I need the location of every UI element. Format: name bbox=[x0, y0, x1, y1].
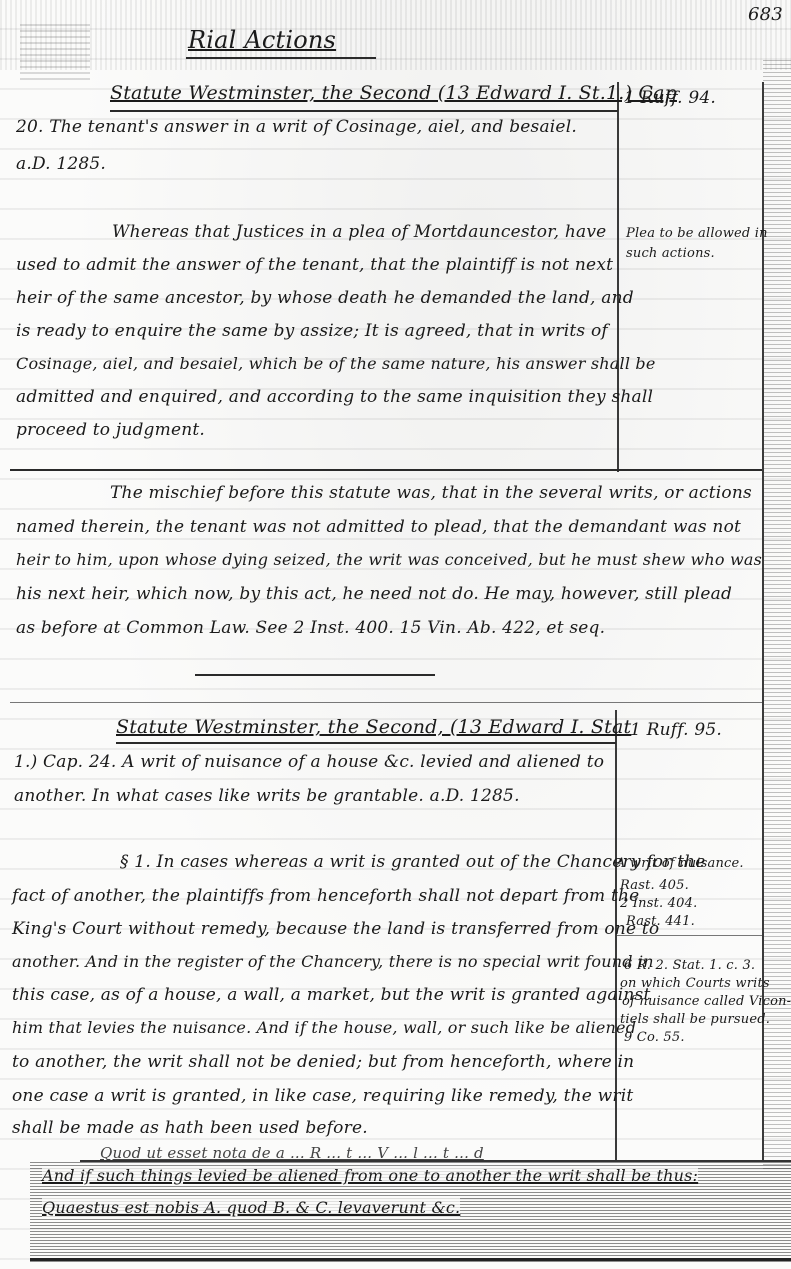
section1-body-line: proceed to judgment. bbox=[16, 420, 205, 440]
section1-end-rule bbox=[10, 469, 762, 471]
commentary-line: The mischief before this statute was, th… bbox=[110, 483, 752, 503]
section1-body-line: used to admit the answer of the tenant, … bbox=[16, 255, 613, 275]
manuscript-page: 683 Rial Actions Statute Westminster, th… bbox=[0, 0, 791, 1269]
title-underline bbox=[186, 57, 376, 59]
section2-margin-ref: 1 Ruff. 95. bbox=[630, 720, 722, 740]
scan-noise-corner bbox=[20, 20, 90, 80]
section1-body-line: Whereas that Justices in a plea of Mortd… bbox=[112, 222, 606, 242]
commentary-line: his next heir, which now, by this act, h… bbox=[16, 584, 732, 604]
bottom-strip-edge bbox=[80, 1160, 791, 1162]
section2-body-line: King's Court without remedy, because the… bbox=[12, 919, 659, 939]
page-number: 683 bbox=[748, 4, 783, 25]
section1-margin-note-1: Plea to be allowed in bbox=[626, 226, 768, 241]
page-title: Rial Actions bbox=[188, 26, 336, 54]
section2-body-line: this case, as of a house, a wall, a mark… bbox=[12, 985, 650, 1005]
section1-body-line: heir of the same ancestor, by whose deat… bbox=[16, 288, 634, 308]
section1-heading: Statute Westminster, the Second (13 Edwa… bbox=[110, 82, 677, 104]
section2-body-line: fact of another, the plaintiffs from hen… bbox=[12, 886, 639, 906]
section2-body-line: another. And in the register of the Chan… bbox=[12, 952, 654, 971]
section1-cap-line2: a.D. 1285. bbox=[16, 154, 106, 174]
scan-noise-top bbox=[0, 0, 791, 70]
section2-heading: Statute Westminster, the Second, (13 Edw… bbox=[116, 716, 631, 738]
section2-body-line: one case a writ is granted, in like case… bbox=[12, 1086, 633, 1106]
section1-margin-ref: 1 Ruff. 94. bbox=[624, 88, 716, 108]
commentary-line: heir to him, upon whose dying seized, th… bbox=[16, 550, 762, 569]
commentary-end-rule bbox=[195, 674, 435, 676]
section1-margin-note-2: such actions. bbox=[626, 246, 715, 261]
bottom-edge-rule bbox=[30, 1258, 791, 1261]
section2-body-line: to another, the writ shall not be denied… bbox=[12, 1052, 634, 1072]
commentary-line: named therein, the tenant was not admitt… bbox=[16, 517, 741, 537]
section1-body-line: is ready to enquire the same by assize; … bbox=[16, 321, 608, 341]
section2-cap-line1: 1.) Cap. 24. A writ of nuisance of a hou… bbox=[14, 752, 604, 772]
ruled-line bbox=[10, 702, 762, 703]
section1-heading-rule bbox=[110, 110, 618, 112]
section2-cap-line2: another. In what cases like writs be gra… bbox=[14, 786, 520, 806]
section2-body-line: him that levies the nuisance. And if the… bbox=[12, 1018, 636, 1037]
section2-body-line: shall be made as hath been used before. bbox=[12, 1118, 368, 1138]
section2-body-line: § 1. In cases whereas a writ is granted … bbox=[120, 852, 706, 872]
footer-line: And if such things levied be aliened fro… bbox=[42, 1166, 698, 1185]
margin-column-rule bbox=[617, 82, 619, 472]
footer-line: Quaestus est nobis A. quod B. & C. levav… bbox=[42, 1198, 460, 1217]
commentary-line: as before at Common Law. See 2 Inst. 400… bbox=[16, 618, 605, 638]
section2-heading-rule bbox=[116, 742, 616, 744]
section1-body-line: admitted and enquired, and according to … bbox=[16, 387, 653, 407]
section1-body-line: Cosinage, aiel, and besaiel, which be of… bbox=[16, 354, 656, 373]
section1-cap-line1: 20. The tenant's answer in a writ of Cos… bbox=[16, 117, 577, 137]
section2-margin-note-b: tiels shall be pursued. bbox=[620, 1012, 770, 1027]
